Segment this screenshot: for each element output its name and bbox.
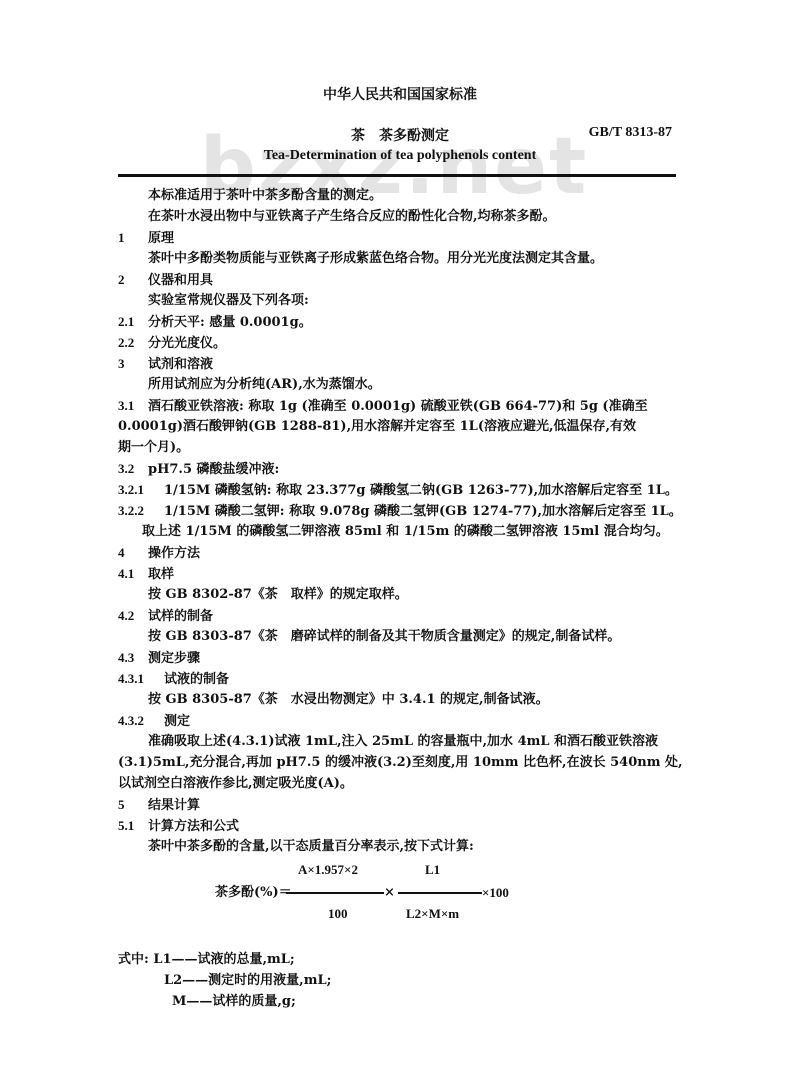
clause-heading: 4.2试样的制备 xyxy=(118,605,678,626)
fraction1-numerator: A×1.957×2 xyxy=(298,859,358,880)
paragraph-continuation: (3.1)5mL,充分混合,再加 pH7.5 的缓冲液(3.2)至刻度,用 10… xyxy=(118,752,678,773)
legend-line: 式中: L1——试液的总量,mL; xyxy=(118,949,678,970)
clause-title: 取样 xyxy=(148,567,174,582)
document-subtitle: Tea-Determination of tea polyphenols con… xyxy=(0,148,800,164)
section-heading: 4操作方法 xyxy=(118,542,678,563)
intro-line: 本标准适用于茶叶中茶多酚含量的测定。 xyxy=(118,185,678,206)
formula-lhs: 茶多酚(%)＝ xyxy=(215,882,292,903)
fraction1-denominator: 100 xyxy=(328,903,348,924)
section-heading: 5结果计算 xyxy=(118,794,678,815)
multiply-sign: × xyxy=(384,882,395,903)
section-number: 3 xyxy=(118,353,148,374)
fraction2-denominator: L2×M×m xyxy=(406,903,459,924)
clause-number: 3.2 xyxy=(118,458,148,479)
section-title: 仪器和用具 xyxy=(148,273,213,288)
section-title: 结果计算 xyxy=(148,798,200,813)
clause-title: 测定步骤 xyxy=(148,651,200,666)
section-title: 操作方法 xyxy=(148,546,200,561)
clause-number: 4.3.1 xyxy=(118,668,164,689)
clause-number: 2.2 xyxy=(118,332,148,353)
standard-title: 中华人民共和国国家标准 xyxy=(0,84,800,104)
legend-line: M——试样的质量,g; xyxy=(118,991,678,1012)
clause: 3.2pH7.5 磷酸盐缓冲液: xyxy=(118,458,678,479)
formula: 茶多酚(%)＝ A×1.957×2 100 × L1 L2×M×m ×100 xyxy=(118,859,678,939)
fraction2-bar xyxy=(398,892,482,894)
clause-heading: 4.3.1试液的制备 xyxy=(118,668,678,689)
formula-tail: ×100 xyxy=(482,882,509,903)
clause: 2.2分光光度仪。 xyxy=(118,332,678,353)
section-heading: 1原理 xyxy=(118,227,678,248)
document-body: 本标准适用于茶叶中茶多酚含量的测定。 在茶叶水浸出物中与亚铁离子产生络合反应的酚… xyxy=(118,185,678,1012)
section-number: 1 xyxy=(118,227,148,248)
variable-legend: 式中: L1——试液的总量,mL; L2——测定时的用液量,mL; M——试样的… xyxy=(118,949,678,1012)
clause-heading: 4.1取样 xyxy=(118,563,678,584)
clause-heading: 5.1计算方法和公式 xyxy=(118,815,678,836)
paragraph: 按 GB 8302-87《茶 取样》的规定取样。 xyxy=(118,584,678,605)
section-heading: 2仪器和用具 xyxy=(118,269,678,290)
document-title: 茶 茶多酚测定 xyxy=(0,125,800,145)
clause-text: 1/15M 磷酸二氢钾: 称取 9.078g 磷酸二氢钾(GB 1274-77)… xyxy=(164,504,682,519)
section-number: 2 xyxy=(118,269,148,290)
paragraph: 按 GB 8305-87《茶 水浸出物测定》中 3.4.1 的规定,制备试液。 xyxy=(118,689,678,710)
document-code: GB/T 8313-87 xyxy=(589,125,672,141)
clause-number: 3.2.1 xyxy=(118,479,164,500)
clause-number: 4.1 xyxy=(118,563,148,584)
clause-text: 1/15M 磷酸氢钠: 称取 23.377g 磷酸氢二钠(GB 1263-77)… xyxy=(164,483,678,498)
fraction2-numerator: L1 xyxy=(425,859,440,880)
section-number: 4 xyxy=(118,542,148,563)
clause-number: 5.1 xyxy=(118,815,148,836)
clause-number: 4.3.2 xyxy=(118,710,164,731)
clause-number: 3.2.2 xyxy=(118,500,164,521)
clause-title: 试样的制备 xyxy=(148,609,213,624)
clause-text: 分析天平: 感量 0.0001g。 xyxy=(148,315,312,330)
paragraph: 取上述 1/15M 的磷酸氢二钾溶液 85ml 和 1/15m 的磷酸二氢钾溶液… xyxy=(118,521,678,542)
clause-text: 分光光度仪。 xyxy=(148,336,226,351)
fraction1-bar xyxy=(286,892,384,894)
clause: 3.1酒石酸亚铁溶液: 称取 1g (准确至 0.0001g) 硫酸亚铁(GB … xyxy=(118,395,678,416)
clause-heading: 4.3.2测定 xyxy=(118,710,678,731)
clause: 2.1分析天平: 感量 0.0001g。 xyxy=(118,311,678,332)
clause-text: 酒石酸亚铁溶液: 称取 1g (准确至 0.0001g) 硫酸亚铁(GB 664… xyxy=(148,399,648,414)
clause-title: 试液的制备 xyxy=(164,672,229,687)
paragraph-continuation: 以试剂空白溶液作参比,测定吸光度(A)。 xyxy=(118,773,678,794)
paragraph: 茶叶中茶多酚的含量,以干态质量百分率表示,按下式计算: xyxy=(118,836,678,857)
paragraph: 茶叶中多酚类物质能与亚铁离子形成紫蓝色络合物。用分光光度法测定其含量。 xyxy=(118,248,678,269)
clause-continuation: 0.0001g)酒石酸钾钠(GB 1288-81),用水溶解并定容至 1L(溶液… xyxy=(118,416,678,437)
paragraph: 所用试剂应为分析纯(AR),水为蒸馏水。 xyxy=(118,374,678,395)
clause: 3.2.11/15M 磷酸氢钠: 称取 23.377g 磷酸氢二钠(GB 126… xyxy=(118,479,678,500)
clause-title: 测定 xyxy=(164,714,190,729)
clause-text: pH7.5 磷酸盐缓冲液: xyxy=(148,462,279,477)
clause-continuation: 期一个月)。 xyxy=(118,437,678,458)
clause-number: 3.1 xyxy=(118,395,148,416)
paragraph: 实验室常规仪器及下列各项: xyxy=(118,290,678,311)
section-title: 试剂和溶液 xyxy=(148,357,213,372)
legend-line: L2——测定时的用液量,mL; xyxy=(118,970,678,991)
paragraph: 按 GB 8303-87《茶 磨碎试样的制备及其干物质含量测定》的规定,制备试样… xyxy=(118,626,678,647)
paragraph: 准确吸取上述(4.3.1)试液 1mL,注入 25mL 的容量瓶中,加水 4mL… xyxy=(118,731,678,752)
clause-number: 2.1 xyxy=(118,311,148,332)
section-title: 原理 xyxy=(148,231,174,246)
clause: 3.2.21/15M 磷酸二氢钾: 称取 9.078g 磷酸二氢钾(GB 127… xyxy=(118,500,678,521)
clause-title: 计算方法和公式 xyxy=(148,819,239,834)
header-divider xyxy=(118,174,676,177)
clause-heading: 4.3测定步骤 xyxy=(118,647,678,668)
clause-number: 4.3 xyxy=(118,647,148,668)
section-heading: 3试剂和溶液 xyxy=(118,353,678,374)
clause-number: 4.2 xyxy=(118,605,148,626)
section-number: 5 xyxy=(118,794,148,815)
intro-line: 在茶叶水浸出物中与亚铁离子产生络合反应的酚性化合物,均称茶多酚。 xyxy=(118,206,678,227)
